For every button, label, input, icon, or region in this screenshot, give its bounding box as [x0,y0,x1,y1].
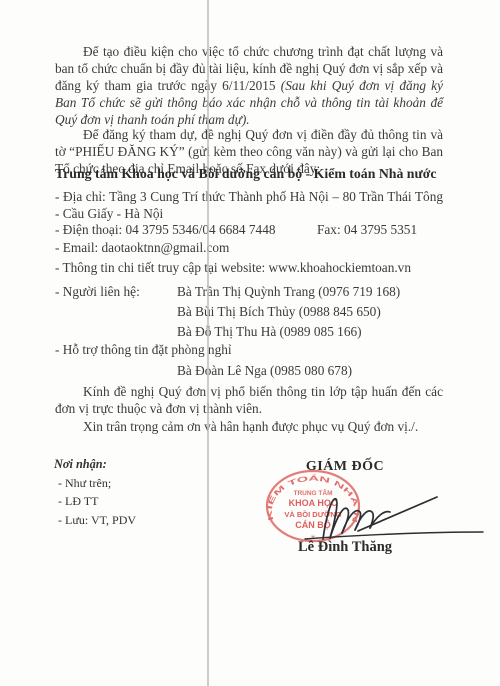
contact-item: Bà Đỗ Thị Thu Hà (0989 085 166) [177,322,437,342]
booking-contact: Bà Đoàn Lê Nga (0985 080 678) [177,361,437,381]
contact-item: Bà Trần Thị Quỳnh Trang (0976 719 168) [177,282,437,302]
fax-line: Fax: 04 3795 5351 [317,221,417,238]
recipients-block: Nơi nhận: - Như trên; - LĐ TT - Lưu: VT,… [54,457,214,528]
recipient-item: - Lưu: VT, PDV [54,513,214,528]
scan-fold-line [207,0,209,686]
contact-item: Bà Bùi Thị Bích Thủy (0988 845 650) [177,302,437,322]
address-line: - Địa chỉ: Tầng 3 Cung Trí thức Thành ph… [55,188,443,222]
org-name: Trung tâm Khoa học và Bồi dưỡng cán bộ -… [55,165,443,182]
contact-list: Bà Trần Thị Quỳnh Trang (0976 719 168) B… [177,282,437,342]
scanned-letter-page: Để tạo điều kiện cho việc tổ chức chương… [0,0,500,686]
email-line: - Email: daotaoktnn@gmail.com [55,239,443,256]
website-line: - Thông tin chi tiết truy cập tại websit… [55,259,443,276]
signer-title: GIÁM ĐỐC [279,459,411,475]
paragraph-spread-info: Kính đề nghị Quý đơn vị phổ biến thông t… [55,383,443,417]
paragraph-intro: Để tạo điều kiện cho việc tổ chức chương… [55,43,443,128]
recipients-label: Nơi nhận: [54,457,214,472]
booking-label: - Hỗ trợ thông tin đặt phòng nghỉ [55,341,443,358]
recipient-item: - LĐ TT [54,494,214,509]
paragraph-thanks: Xin trân trọng cảm ơn và hân hạnh được p… [55,418,443,435]
handwritten-signature [288,487,490,547]
recipient-item: - Như trên; [54,476,214,491]
